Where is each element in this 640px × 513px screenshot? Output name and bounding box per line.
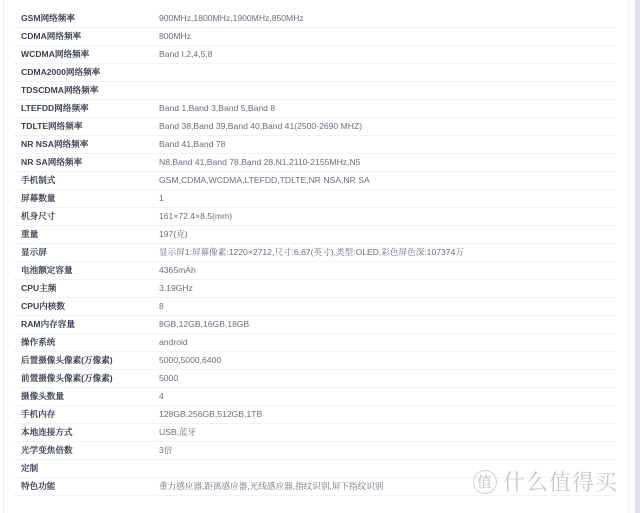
spec-value: 1 bbox=[159, 189, 616, 207]
spec-label: 定制 bbox=[13, 459, 159, 477]
spec-label: NR SA网络频率 bbox=[13, 153, 159, 171]
spec-value: Band 41,Band 78 bbox=[159, 135, 616, 153]
spec-value: 3倍 bbox=[159, 441, 616, 459]
spec-value: 5000,5000,6400 bbox=[159, 351, 616, 369]
spec-label: 屏幕数量 bbox=[13, 189, 159, 207]
spec-value: 4365mAh bbox=[159, 261, 616, 279]
spec-value: Band 38,Band 39,Band 40,Band 41(2500-269… bbox=[159, 117, 616, 135]
spec-label: 后置摄像头像素(万像素) bbox=[13, 351, 159, 369]
spec-row: WCDMA网络频率Band I,2,4,5,8 bbox=[13, 45, 616, 63]
spec-row: 操作系统android bbox=[13, 333, 616, 351]
spec-row: TDSCDMA网络频率 bbox=[13, 81, 616, 99]
spec-row: 后置摄像头像素(万像素)5000,5000,6400 bbox=[13, 351, 616, 369]
spec-row: 本地连接方式USB,蓝牙 bbox=[13, 423, 616, 441]
spec-value: 显示屏1:屏幕像素:1220×2712,尺寸:6.67(英寸),类型:OLED,… bbox=[159, 243, 616, 261]
spec-value: 8 bbox=[159, 297, 616, 315]
spec-value: 8GB,12GB,16GB,18GB bbox=[159, 315, 616, 333]
spec-label: CPU主频 bbox=[13, 279, 159, 297]
spec-label: LTEFDD网络频率 bbox=[13, 99, 159, 117]
spec-value: Band 1,Band 3,Band 5,Band 8 bbox=[159, 99, 616, 117]
spec-label: 操作系统 bbox=[13, 333, 159, 351]
spec-label: 手机制式 bbox=[13, 171, 159, 189]
spec-value: 3.19GHz bbox=[159, 279, 616, 297]
spec-value: 4 bbox=[159, 387, 616, 405]
spec-row: 光学变焦倍数3倍 bbox=[13, 441, 616, 459]
spec-row: RAM内存容量8GB,12GB,16GB,18GB bbox=[13, 315, 616, 333]
spec-label: 本地连接方式 bbox=[13, 423, 159, 441]
spec-row: 前置摄像头像素(万像素)5000 bbox=[13, 369, 616, 387]
spec-value: Band I,2,4,5,8 bbox=[159, 45, 616, 63]
spec-value bbox=[159, 63, 616, 81]
watermark-text: 什么值得买 bbox=[503, 466, 618, 497]
spec-label: 前置摄像头像素(万像素) bbox=[13, 369, 159, 387]
spec-label: CDMA2000网络频率 bbox=[13, 63, 159, 81]
spec-label: TDLTE网络频率 bbox=[13, 117, 159, 135]
spec-label: 光学变焦倍数 bbox=[13, 441, 159, 459]
spec-row: 显示屏显示屏1:屏幕像素:1220×2712,尺寸:6.67(英寸),类型:OL… bbox=[13, 243, 616, 261]
spec-value: 197(克) bbox=[159, 225, 616, 243]
spec-label: CDMA网络频率 bbox=[13, 27, 159, 45]
spec-label: 重量 bbox=[13, 225, 159, 243]
scrollbar-track[interactable] bbox=[635, 0, 640, 513]
spec-label: NR NSA网络频率 bbox=[13, 135, 159, 153]
spec-value: N8,Band 41,Band 78,Band 28,N1,2110-2155M… bbox=[159, 153, 616, 171]
spec-label: 手机内存 bbox=[13, 405, 159, 423]
spec-row: NR NSA网络频率Band 41,Band 78 bbox=[13, 135, 616, 153]
watermark: 值 什么值得买 bbox=[473, 466, 618, 497]
spec-label: 特色功能 bbox=[13, 477, 159, 495]
spec-value: GSM,CDMA,WCDMA,LTEFDD,TDLTE,NR NSA,NR SA bbox=[159, 171, 616, 189]
spec-value: 161×72.4×8.5(mm) bbox=[159, 207, 616, 225]
spec-row: GSM网络频率900MHz,1800MHz,1900MHz,850MHz bbox=[13, 9, 616, 27]
spec-row: CPU内核数8 bbox=[13, 297, 616, 315]
spec-row: NR SA网络频率N8,Band 41,Band 78,Band 28,N1,2… bbox=[13, 153, 616, 171]
spec-label: 机身尺寸 bbox=[13, 207, 159, 225]
spec-value: 800MHz bbox=[159, 27, 616, 45]
spec-row: 屏幕数量1 bbox=[13, 189, 616, 207]
spec-row: CDMA2000网络频率 bbox=[13, 63, 616, 81]
spec-label: TDSCDMA网络频率 bbox=[13, 81, 159, 99]
spec-row: 机身尺寸161×72.4×8.5(mm) bbox=[13, 207, 616, 225]
spec-value: USB,蓝牙 bbox=[159, 423, 616, 441]
spec-label: 摄像头数量 bbox=[13, 387, 159, 405]
spec-row: LTEFDD网络频率Band 1,Band 3,Band 5,Band 8 bbox=[13, 99, 616, 117]
spec-value: android bbox=[159, 333, 616, 351]
spec-row: 手机内存128GB,256GB,512GB,1TB bbox=[13, 405, 616, 423]
spec-row: TDLTE网络频率Band 38,Band 39,Band 40,Band 41… bbox=[13, 117, 616, 135]
spec-value bbox=[159, 81, 616, 99]
spec-row: 手机制式GSM,CDMA,WCDMA,LTEFDD,TDLTE,NR NSA,N… bbox=[13, 171, 616, 189]
spec-value: 128GB,256GB,512GB,1TB bbox=[159, 405, 616, 423]
spec-value: 900MHz,1800MHz,1900MHz,850MHz bbox=[159, 9, 616, 27]
spec-label: 显示屏 bbox=[13, 243, 159, 261]
spec-label: CPU内核数 bbox=[13, 297, 159, 315]
watermark-logo-icon: 值 bbox=[473, 470, 497, 494]
spec-label: WCDMA网络频率 bbox=[13, 45, 159, 63]
spec-label: 电池额定容量 bbox=[13, 261, 159, 279]
spec-row: CPU主频3.19GHz bbox=[13, 279, 616, 297]
spec-label: GSM网络频率 bbox=[13, 9, 159, 27]
spec-label: RAM内存容量 bbox=[13, 315, 159, 333]
spec-value: 5000 bbox=[159, 369, 616, 387]
spec-table: GSM网络频率900MHz,1800MHz,1900MHz,850MHzCDMA… bbox=[13, 9, 616, 496]
spec-row: 摄像头数量4 bbox=[13, 387, 616, 405]
spec-row: 电池额定容量4365mAh bbox=[13, 261, 616, 279]
spec-row: CDMA网络频率800MHz bbox=[13, 27, 616, 45]
spec-row: 重量197(克) bbox=[13, 225, 616, 243]
